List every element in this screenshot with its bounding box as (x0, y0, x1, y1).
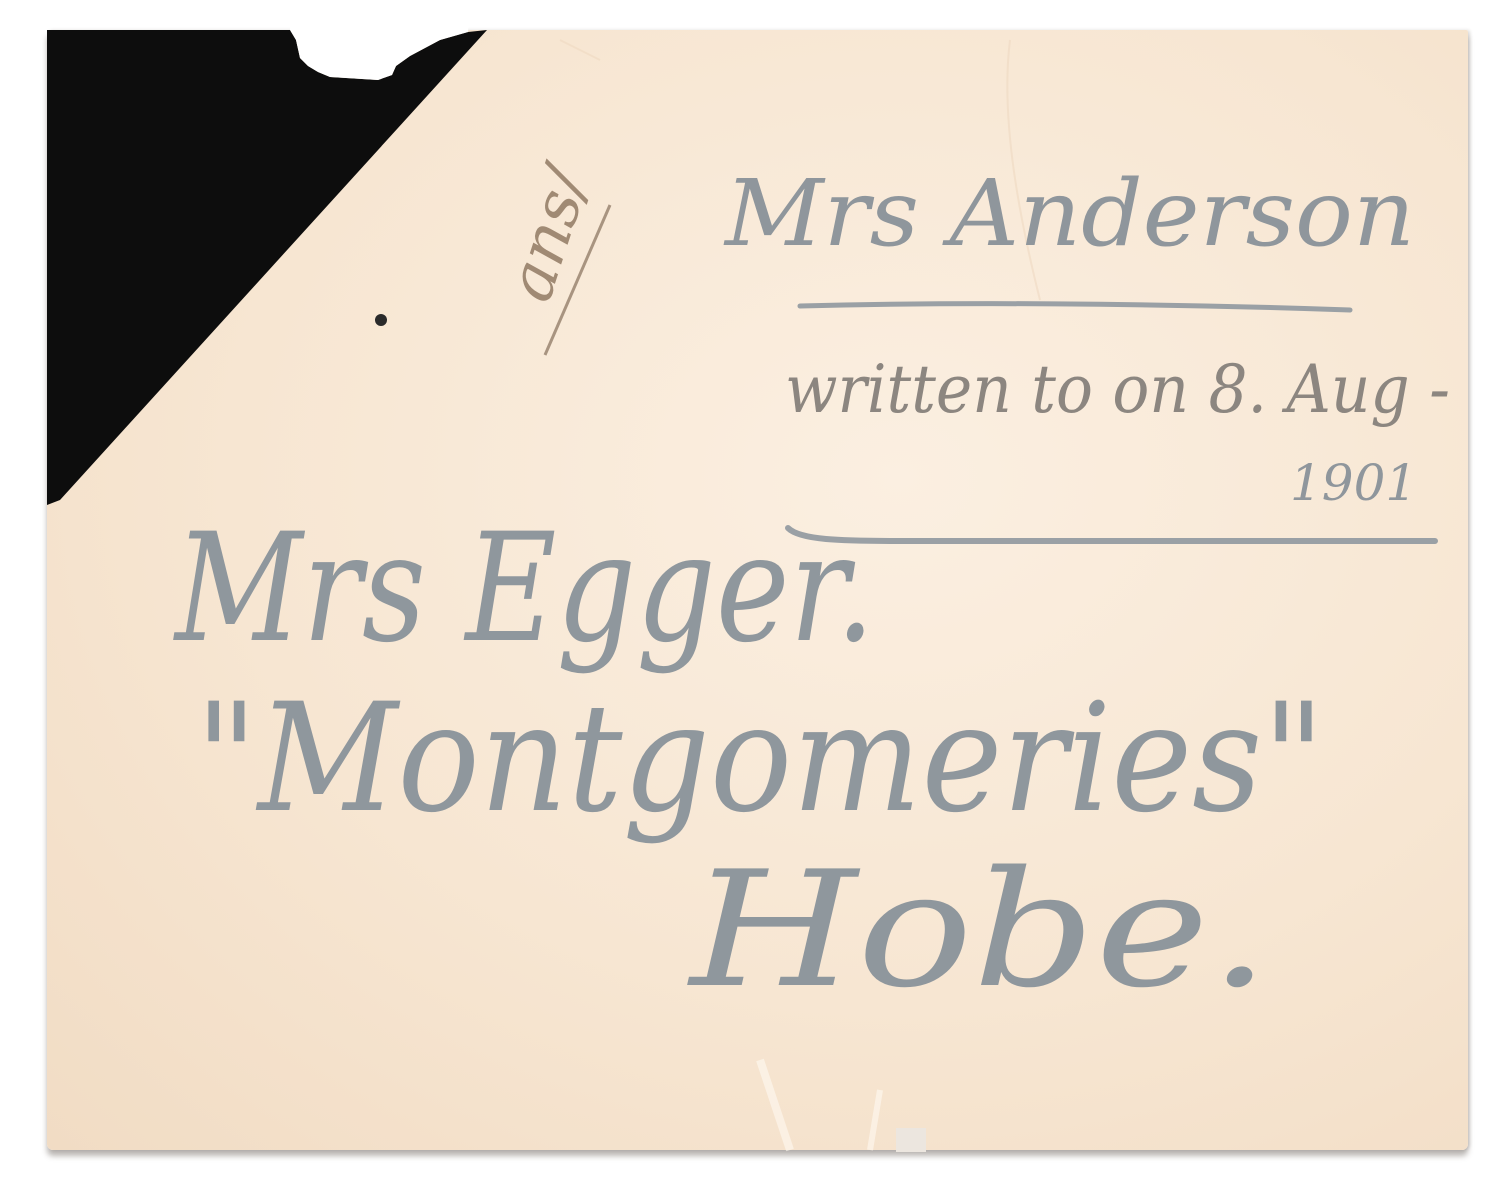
year-note: 1901 (1290, 454, 1417, 512)
underline-2 (788, 528, 1435, 541)
address-line-1: Mrs Egger. (173, 502, 875, 676)
document-scan: ans/ Mrs Anderson written to on 8. Aug -… (0, 0, 1496, 1192)
mourning-corner (47, 30, 487, 505)
address-line-2: "Montgomeries" (195, 672, 1325, 846)
ans-annotation: ans/ (493, 155, 610, 355)
written-note: written to on 8. Aug - (785, 351, 1450, 428)
svg-text:ans/: ans/ (493, 155, 606, 310)
recipient-note: Mrs Anderson (723, 160, 1415, 267)
envelope-artwork: ans/ Mrs Anderson written to on 8. Aug -… (0, 0, 1496, 1192)
ink-dot (375, 314, 387, 326)
underline-1 (800, 304, 1350, 310)
address-line-3: Hobe. (686, 836, 1270, 1023)
seal-tab (896, 1128, 926, 1152)
